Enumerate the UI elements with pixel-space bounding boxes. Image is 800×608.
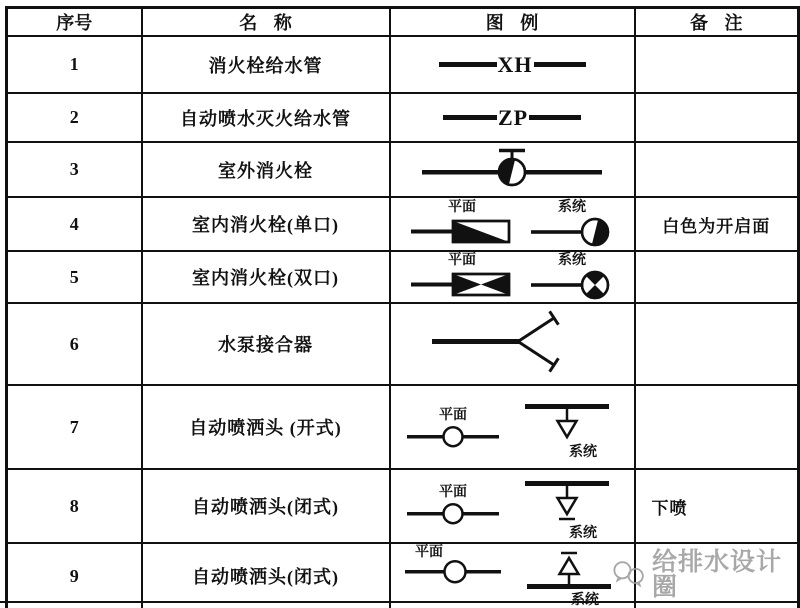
row-no: 1 bbox=[7, 36, 142, 93]
system-symbol-block: 系统 bbox=[531, 199, 613, 249]
system-symbol-block: 系统 bbox=[519, 544, 619, 607]
row-remark bbox=[635, 36, 799, 93]
pipe-line-right bbox=[529, 115, 581, 120]
row-no: 4 bbox=[7, 197, 142, 251]
plan-label: 平面 bbox=[448, 252, 476, 267]
sprinkler-open-system-icon bbox=[517, 401, 617, 443]
system-label: 系统 bbox=[569, 525, 597, 540]
row-remark bbox=[635, 303, 799, 385]
legend-cell bbox=[390, 303, 635, 385]
legend-table-page: 序号 名 称 图 例 备 注 1 消火栓给水管 XH bbox=[0, 0, 800, 608]
row-no: 8 bbox=[7, 469, 142, 543]
header-name: 名 称 bbox=[142, 8, 390, 37]
plan-symbol-block: 平面 bbox=[411, 252, 513, 302]
row-name: 自动喷洒头(闭式) bbox=[142, 469, 390, 543]
system-label: 系统 bbox=[569, 444, 597, 459]
plan-label: 平面 bbox=[439, 484, 467, 499]
row-name: 自动喷洒头(闭式) bbox=[142, 543, 390, 608]
indoor-hydrant-single-system-icon bbox=[531, 215, 613, 249]
system-symbol-block: 系统 bbox=[517, 478, 617, 540]
sprinkler-closed-plan-icon bbox=[405, 558, 501, 586]
legend-cell: 平面 bbox=[390, 469, 635, 543]
table-row: 5 室内消火栓(双口) 平面 bbox=[7, 251, 799, 303]
row-remark bbox=[635, 142, 799, 197]
sprinkler-open-plan-icon bbox=[407, 424, 499, 450]
row-name: 室外消火栓 bbox=[142, 142, 390, 197]
row-name: 消火栓给水管 bbox=[142, 36, 390, 93]
row-remark: 下喷 bbox=[635, 469, 799, 543]
legend-cell: 平面 bbox=[390, 543, 635, 608]
pipe-zp-symbol: ZP bbox=[391, 107, 634, 129]
legend-cell: 平面 系统 bbox=[390, 251, 635, 303]
legend-cell: 平面 系统 bbox=[390, 385, 635, 469]
row-name: 水泵接合器 bbox=[142, 303, 390, 385]
pipe-line-left bbox=[443, 115, 497, 120]
legend-cell: ZP bbox=[390, 93, 635, 142]
row-no: 3 bbox=[7, 142, 142, 197]
siamese-connection-icon bbox=[432, 305, 592, 379]
header-no: 序号 bbox=[7, 8, 142, 37]
sprinkler-closed-down-system-icon bbox=[517, 478, 617, 524]
row-no: 6 bbox=[7, 303, 142, 385]
table-row: 8 自动喷洒头(闭式) 平面 bbox=[7, 469, 799, 543]
system-symbol-block: 系统 bbox=[517, 401, 617, 459]
row-remark bbox=[635, 543, 799, 608]
legend-cell: 平面 系统 bbox=[390, 197, 635, 251]
header-row: 序号 名 称 图 例 备 注 bbox=[7, 8, 799, 37]
legend-table: 序号 名 称 图 例 备 注 1 消火栓给水管 XH bbox=[5, 6, 800, 608]
legend-cell: XH bbox=[390, 36, 635, 93]
row-name: 室内消火栓(单口) bbox=[142, 197, 390, 251]
row-name: 自动喷洒头 (开式) bbox=[142, 385, 390, 469]
header-remark: 备 注 bbox=[635, 8, 799, 37]
row-remark: 白色为开启面 bbox=[635, 197, 799, 251]
row-name: 室内消火栓(双口) bbox=[142, 251, 390, 303]
legend-cell bbox=[390, 142, 635, 197]
table-row: 1 消火栓给水管 XH bbox=[7, 36, 799, 93]
header-legend: 图 例 bbox=[390, 8, 635, 37]
row-no: 9 bbox=[7, 543, 142, 608]
row-name: 自动喷水灭火给水管 bbox=[142, 93, 390, 142]
row-no: 7 bbox=[7, 385, 142, 469]
indoor-hydrant-single-plan-icon bbox=[411, 215, 513, 249]
indoor-hydrant-double-system-icon bbox=[531, 268, 613, 302]
table-row: 2 自动喷水灭火给水管 ZP bbox=[7, 93, 799, 142]
pipe-line-left bbox=[439, 62, 497, 67]
indoor-hydrant-double-plan-icon bbox=[411, 268, 513, 302]
table-row: 3 室外消火栓 bbox=[7, 142, 799, 197]
pipe-line-right bbox=[534, 62, 586, 67]
sprinkler-closed-up-system-icon bbox=[519, 544, 619, 591]
pipe-code-label: XH bbox=[498, 54, 533, 76]
plan-label: 平面 bbox=[439, 407, 467, 422]
row-no: 2 bbox=[7, 93, 142, 142]
row-remark bbox=[635, 385, 799, 469]
sprinkler-closed-plan-icon bbox=[407, 501, 499, 527]
row-no: 5 bbox=[7, 251, 142, 303]
plan-symbol-block: 平面 bbox=[407, 484, 499, 526]
plan-symbol-block: 平面 bbox=[405, 544, 501, 585]
table-row: 7 自动喷洒头 (开式) 平面 bbox=[7, 385, 799, 469]
table-row: 4 室内消火栓(单口) 平面 bbox=[7, 197, 799, 251]
system-symbol-block: 系统 bbox=[531, 252, 613, 302]
plan-symbol-block: 平面 bbox=[407, 407, 499, 449]
outdoor-hydrant-icon bbox=[422, 143, 602, 191]
plan-label: 平面 bbox=[448, 199, 476, 214]
table-row: 9 自动喷洒头(闭式) 平面 bbox=[7, 543, 799, 608]
system-label: 系统 bbox=[558, 199, 586, 214]
pipe-xh-symbol: XH bbox=[391, 54, 634, 76]
row-remark bbox=[635, 251, 799, 303]
pipe-code-label: ZP bbox=[498, 107, 528, 129]
page-bottom-rule bbox=[0, 601, 800, 603]
plan-symbol-block: 平面 bbox=[411, 199, 513, 249]
table-row: 6 水泵接合器 bbox=[7, 303, 799, 385]
row-remark bbox=[635, 93, 799, 142]
system-label: 系统 bbox=[558, 252, 586, 267]
